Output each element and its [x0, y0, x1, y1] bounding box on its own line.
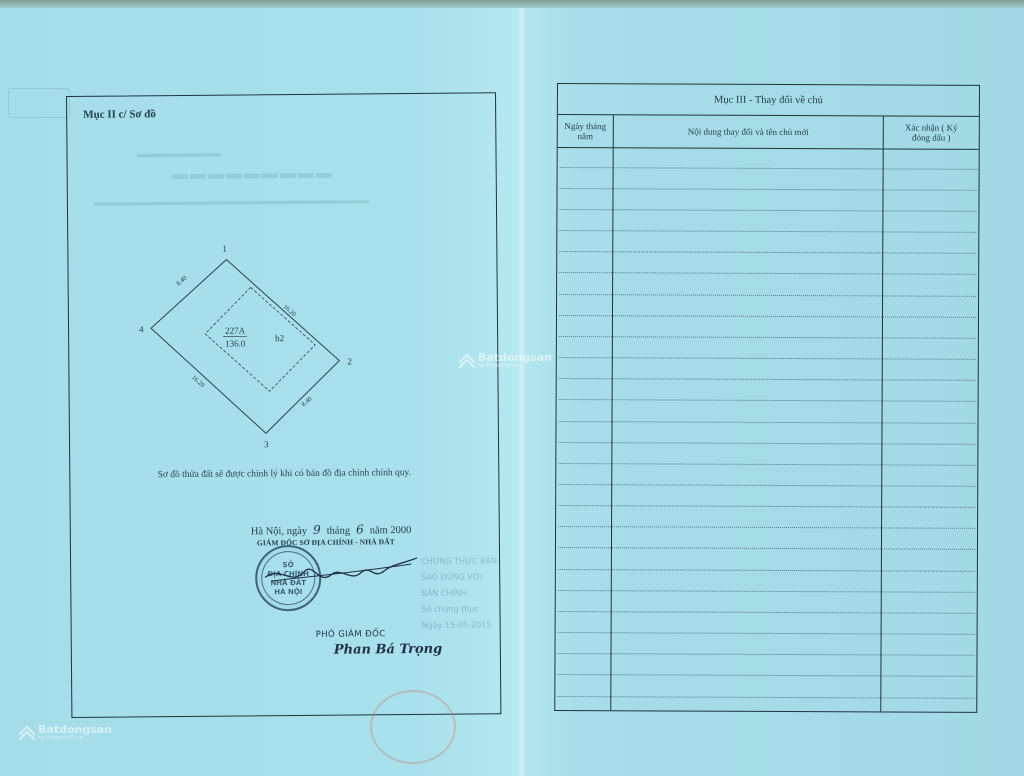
batdongsan-logo-icon [18, 725, 34, 741]
table-row [557, 696, 974, 699]
table-row [559, 230, 976, 233]
column-divider [880, 116, 884, 711]
section-title: Mục III - Thay đổi về chủ [558, 84, 979, 117]
endorsement-line: Số chứng thực [421, 601, 499, 618]
watermark-name: Batdongsan [38, 724, 112, 735]
table-row [559, 399, 976, 402]
bleed-through-text: ▬▬▬▬▬▬▬▬▬▬▬▬▬▬▬▬▬▬▬▬▬▬▬▬▬ [94, 194, 369, 208]
date-day: 9 [307, 523, 327, 537]
table-row [558, 611, 975, 614]
section-iii-table: Mục III - Thay đổi về chủ Ngày tháng năm… [554, 83, 980, 713]
page-fold [518, 8, 526, 776]
table-row [558, 590, 975, 593]
watermark-sub: by PropertyGuru [478, 363, 552, 370]
table-row [560, 167, 977, 170]
corner-label: 1 [222, 244, 227, 254]
issue-date: Hà Nội, ngày9tháng6năm 2000 [251, 522, 412, 537]
endorsement-line: CHỨNG THỰC BẢN SAO ĐÚNG VỚI BẢN CHÍNH [421, 553, 499, 602]
faded-red-seal [370, 690, 456, 764]
batdongsan-logo-icon [458, 353, 474, 369]
faint-endorsement: CHỨNG THỰC BẢN SAO ĐÚNG VỚI BẢN CHÍNH Số… [421, 553, 500, 634]
table-row [559, 315, 976, 318]
faded-page-mark [8, 88, 70, 118]
table-row [559, 294, 976, 297]
table-row [558, 632, 975, 635]
table-row [558, 547, 975, 550]
date-month: 6 [350, 522, 370, 536]
bleed-through-text: ▬▬▬▬▬▬▬ [137, 146, 221, 162]
land-type-code: b2 [275, 333, 284, 343]
signer-name: Phan Bá Trọng [334, 642, 442, 658]
date-month-label: tháng [327, 526, 350, 537]
column-header-content: Nội dung thay đổi và tên chủ mới [614, 115, 883, 148]
bleed-through-text: ▬▬▬▬▬▬▬▬▬ [172, 165, 334, 184]
table-row [557, 674, 974, 677]
column-header-confirmation: Xác nhận ( Ký đóng dấu ) [884, 116, 979, 148]
table-row [560, 188, 977, 191]
table-row [558, 653, 975, 656]
edge-length-label: 8.40 [175, 275, 188, 288]
table-row [559, 421, 976, 424]
corner-label: 2 [347, 357, 352, 367]
watermark-name: Batdongsan [478, 352, 552, 363]
land-plot-diagram: 1 2 3 4 8.40 16.20 16.20 8.40 227A 136.0… [138, 234, 380, 456]
table-row [559, 357, 976, 360]
date-year: năm 2000 [370, 525, 412, 536]
table-row [559, 209, 976, 212]
endorsement-line: Ngày 15-05-2015 [422, 617, 500, 634]
corner-label: 4 [139, 324, 144, 334]
date-prefix: Hà Nội, ngày [251, 526, 307, 537]
table-row [558, 569, 975, 572]
column-divider [610, 115, 614, 710]
vice-director-title: PHÓ GIÁM ĐỐC [316, 629, 386, 640]
signature-mark [261, 556, 421, 597]
table-row [558, 526, 975, 529]
table-row [559, 272, 976, 275]
table-row [558, 463, 975, 466]
parcel-number: 227A [225, 325, 246, 335]
watermark: Batdongsan by PropertyGuru [18, 724, 112, 742]
table-row [559, 378, 976, 381]
table-row [558, 505, 975, 508]
table-row [559, 336, 976, 339]
table-row [558, 442, 975, 445]
table-row [558, 484, 975, 487]
section-ii-frame: Mục II c/ Sơ đồ ▬▬▬▬▬▬▬ ▬▬▬▬▬▬▬▬▬ ▬▬▬▬▬▬… [66, 92, 501, 718]
corner-label: 3 [264, 439, 269, 449]
plot-note: Sơ đồ thửa đất sẽ được chỉnh lý khi có b… [70, 467, 498, 481]
parcel-area: 136.0 [225, 338, 246, 348]
watermark-sub: by PropertyGuru [38, 735, 112, 742]
watermark: Batdongsan by PropertyGuru [458, 352, 552, 370]
section-title: Mục II c/ Sơ đồ [83, 108, 156, 121]
table-row [559, 251, 976, 254]
column-header-date: Ngày tháng năm [558, 115, 613, 147]
